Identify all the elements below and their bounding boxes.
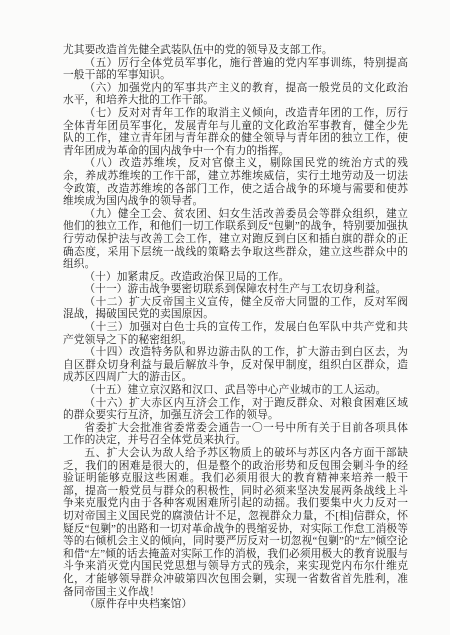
document-text-block: 尤其要改造首先健全武装队伍中的党的领导及支部工作。 （五）厉行全体党员军事化，施… — [63, 44, 408, 611]
archive-note: （原件存中央档案馆） — [63, 598, 408, 611]
para-item-12: （十二）扩大反帝国主义宣传，健全反帝大同盟的工作，反对军阀混战，揭破国民党的卖国… — [63, 296, 408, 321]
para-item-7: （七）反对对青年工作的取消主义倾向，改造青年团的工作，厉行全体青年团员军事化，发… — [63, 107, 408, 157]
para-item-13: （十三）加强对白色士兵的宣传工作，发展白色军队中共产党和共产党领导之下的秘密组织… — [63, 321, 408, 346]
para-approval-note: 省委扩大会批准省委常委会通告一〇一号中所有关于目前各项具体工作的决定，并号召全体… — [63, 422, 408, 447]
para-item-6: （六）加强党内的军事共产主义的教育，提高一般党员的文化政治水平，和培养大批的工作… — [63, 82, 408, 107]
para-item-15: （十五）建立京汉路和汉口、武昌等中心产业城市的工人运动。 — [63, 384, 408, 397]
para-item-10: （十）加紧肃反。改造政治保卫局的工作。 — [63, 271, 408, 284]
para-item-9: （九）健全工会、贫农团、妇女生活改善委员会等群众组织，建立他们的独立工作，和他们… — [63, 208, 408, 271]
para-item-14: （十四）改造特务队和界边游击队的工作，扩大游击到白区去，为自区群众切身利益与最后… — [63, 346, 408, 384]
para-item-16: （十六）扩大赤区内互济会工作，对于跑反群众、对粮食困难区域的群众要实行互济，加强… — [63, 397, 408, 422]
para-item-5: （五）厉行全体党员军事化，施行普遍的党内军事训练，特别提高一般干部的军事知识。 — [63, 57, 408, 82]
para-item-8: （八）改造苏维埃，反对官僚主义，剔除国民党的统治方式的残余，养成苏维埃的工作干部… — [63, 157, 408, 207]
para-item-11: （十一）游击战争要密切联系到保障农村生产与工农切身利益。 — [63, 283, 408, 296]
document-page: 尤其要改造首先健全武装队伍中的党的领导及支部工作。 （五）厉行全体党员军事化，施… — [0, 0, 450, 635]
para-continuation: 尤其要改造首先健全武装队伍中的党的领导及支部工作。 — [63, 44, 408, 57]
para-section-5: 五、扩大会认为敌人给予苏区物质上的破坏与苏区内各方面干部缺乏，我们的困难是很大的… — [63, 447, 408, 598]
